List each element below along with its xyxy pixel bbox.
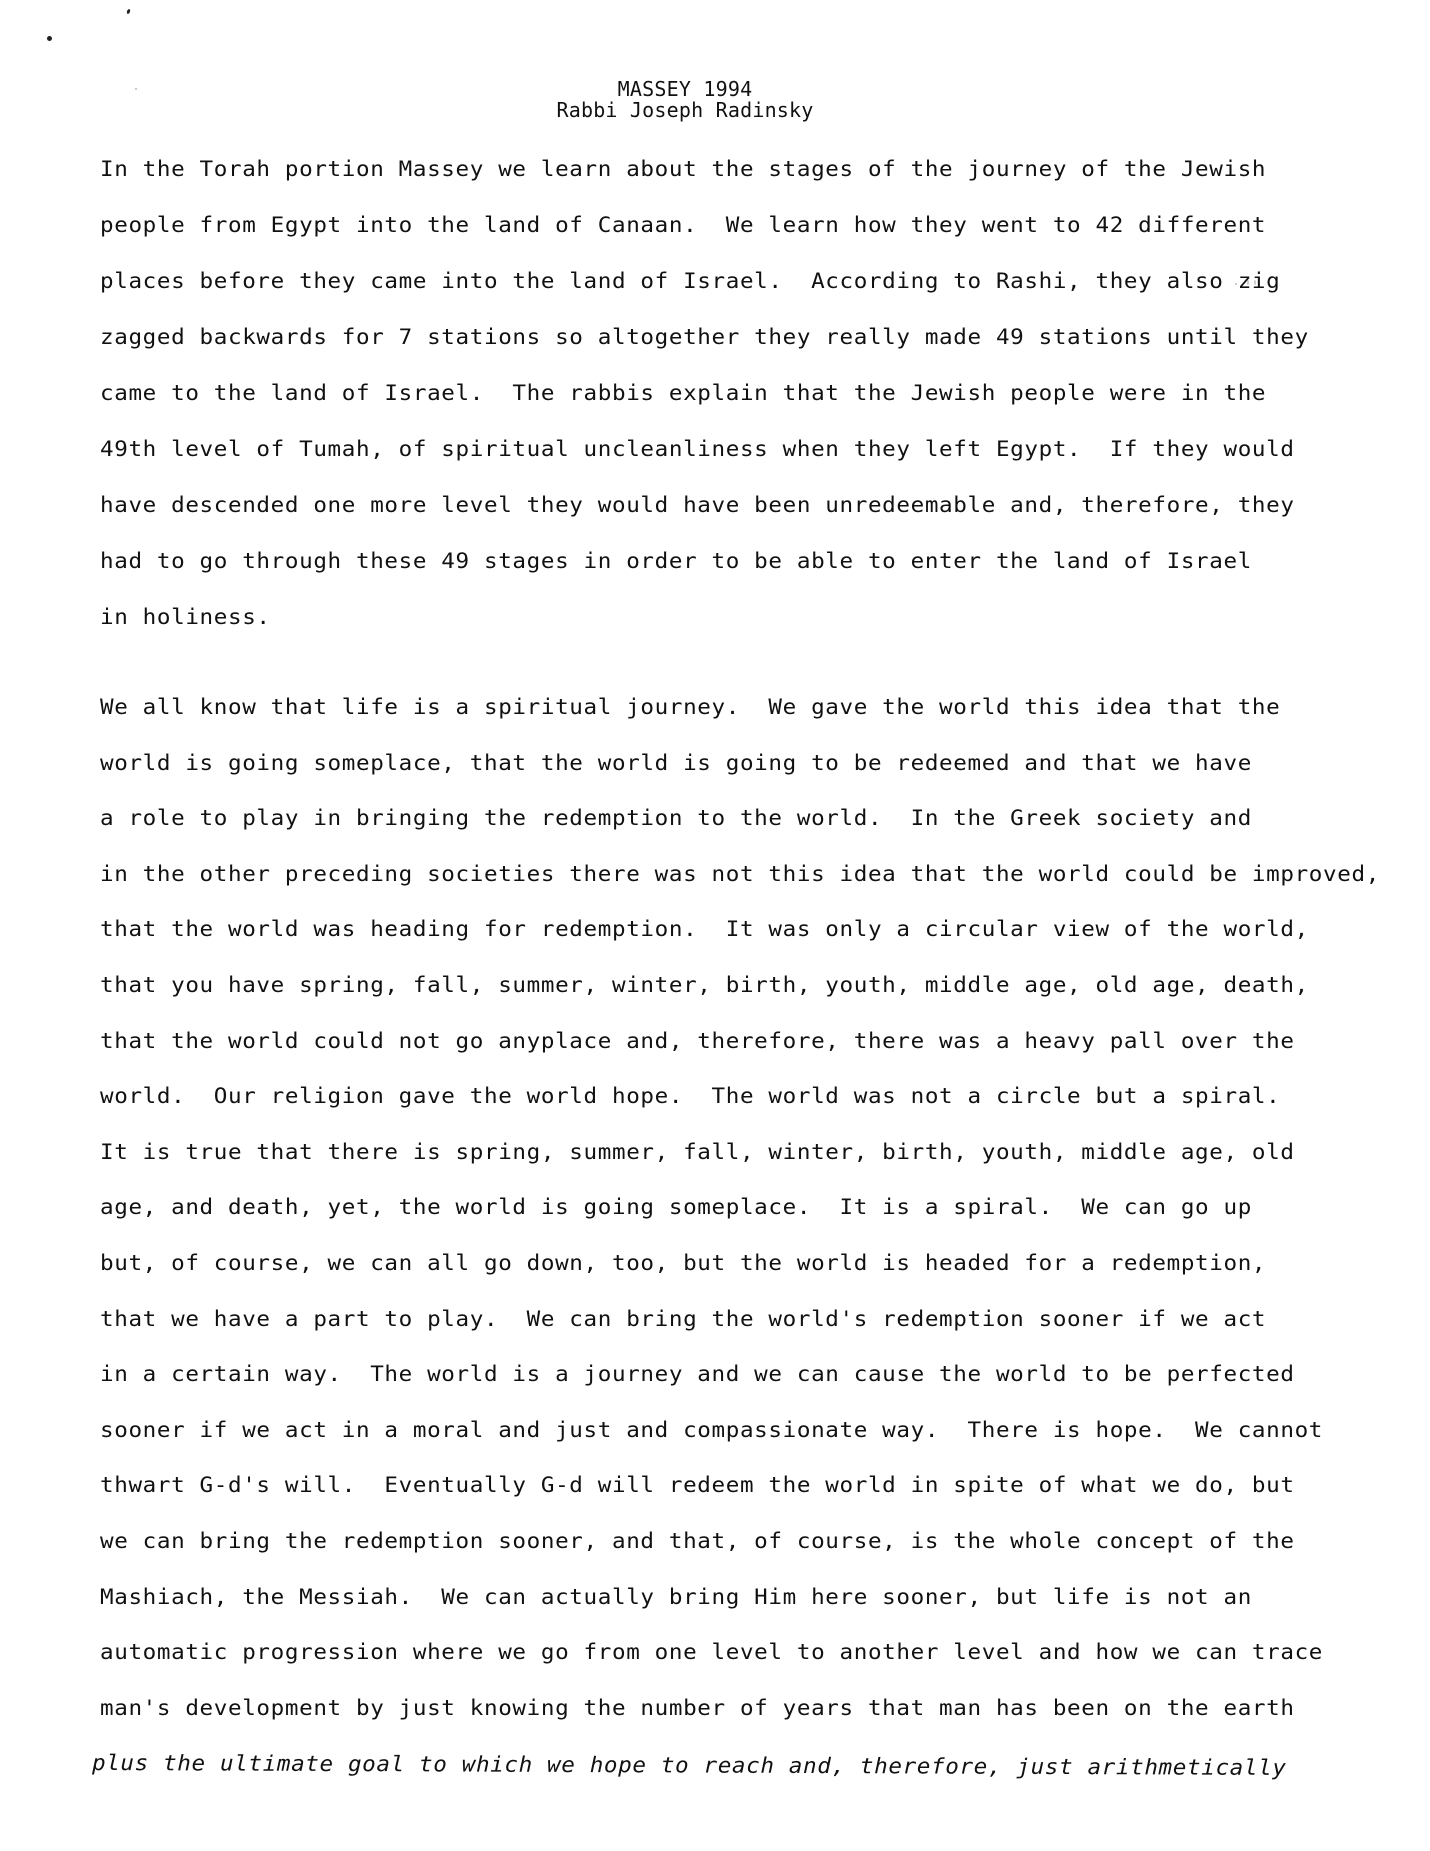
text-line: came to the land of Israel. The rabbis e… xyxy=(100,381,1266,407)
text-line: zagged backwards for 7 stations so altog… xyxy=(100,325,1309,351)
document-title: MASSEY 1994 xyxy=(618,78,753,100)
text-line: that we have a part to play. We can brin… xyxy=(100,1307,1266,1333)
text-line: had to go through these 49 stages in ord… xyxy=(100,549,1252,575)
text-line: in the other preceding societies there w… xyxy=(100,862,1380,888)
scan-speck xyxy=(135,88,137,90)
text-line: we can bring the redemption sooner, and … xyxy=(100,1529,1295,1555)
text-line: in holiness. xyxy=(100,605,271,631)
text-line: a role to play in bringing the redemptio… xyxy=(100,806,1252,832)
text-line: We all know that life is a spiritual jou… xyxy=(100,695,1280,721)
text-line: places before they came into the land of… xyxy=(100,269,1280,295)
text-line: in a certain way. The world is a journey… xyxy=(100,1362,1295,1388)
text-line: that the world was heading for redemptio… xyxy=(100,917,1309,943)
text-line: plus the ultimate goal to which we hope … xyxy=(92,1751,1287,1782)
text-line: have descended one more level they would… xyxy=(100,493,1295,519)
text-line: world. Our religion gave the world hope.… xyxy=(100,1084,1280,1110)
text-line: but, of course, we can all go down, too,… xyxy=(100,1251,1266,1277)
text-line: age, and death, yet, the world is going … xyxy=(100,1195,1252,1221)
scan-speck xyxy=(47,36,52,41)
text-line: that you have spring, fall, summer, wint… xyxy=(100,973,1309,999)
text-line: thwart G-d's will. Eventually G-d will r… xyxy=(100,1473,1295,1499)
document-page: MASSEY 1994 Rabbi Joseph Radinsky In the… xyxy=(0,0,1430,1851)
text-line: automatic progression where we go from o… xyxy=(100,1640,1323,1666)
text-line: 49th level of Tumah, of spiritual unclea… xyxy=(100,437,1295,463)
text-line: In the Torah portion Massey we learn abo… xyxy=(100,157,1266,183)
text-line: sooner if we act in a moral and just and… xyxy=(100,1418,1323,1444)
scan-speck xyxy=(126,9,131,15)
text-line: people from Egypt into the land of Canaa… xyxy=(100,213,1266,239)
text-line: that the world could not go anyplace and… xyxy=(100,1029,1295,1055)
text-line: It is true that there is spring, summer,… xyxy=(100,1140,1295,1166)
text-line: man's development by just knowing the nu… xyxy=(100,1696,1295,1722)
text-line: world is going someplace, that the world… xyxy=(100,751,1252,777)
text-line: Mashiach, the Messiah. We can actually b… xyxy=(100,1585,1252,1611)
document-author: Rabbi Joseph Radinsky xyxy=(556,99,813,121)
